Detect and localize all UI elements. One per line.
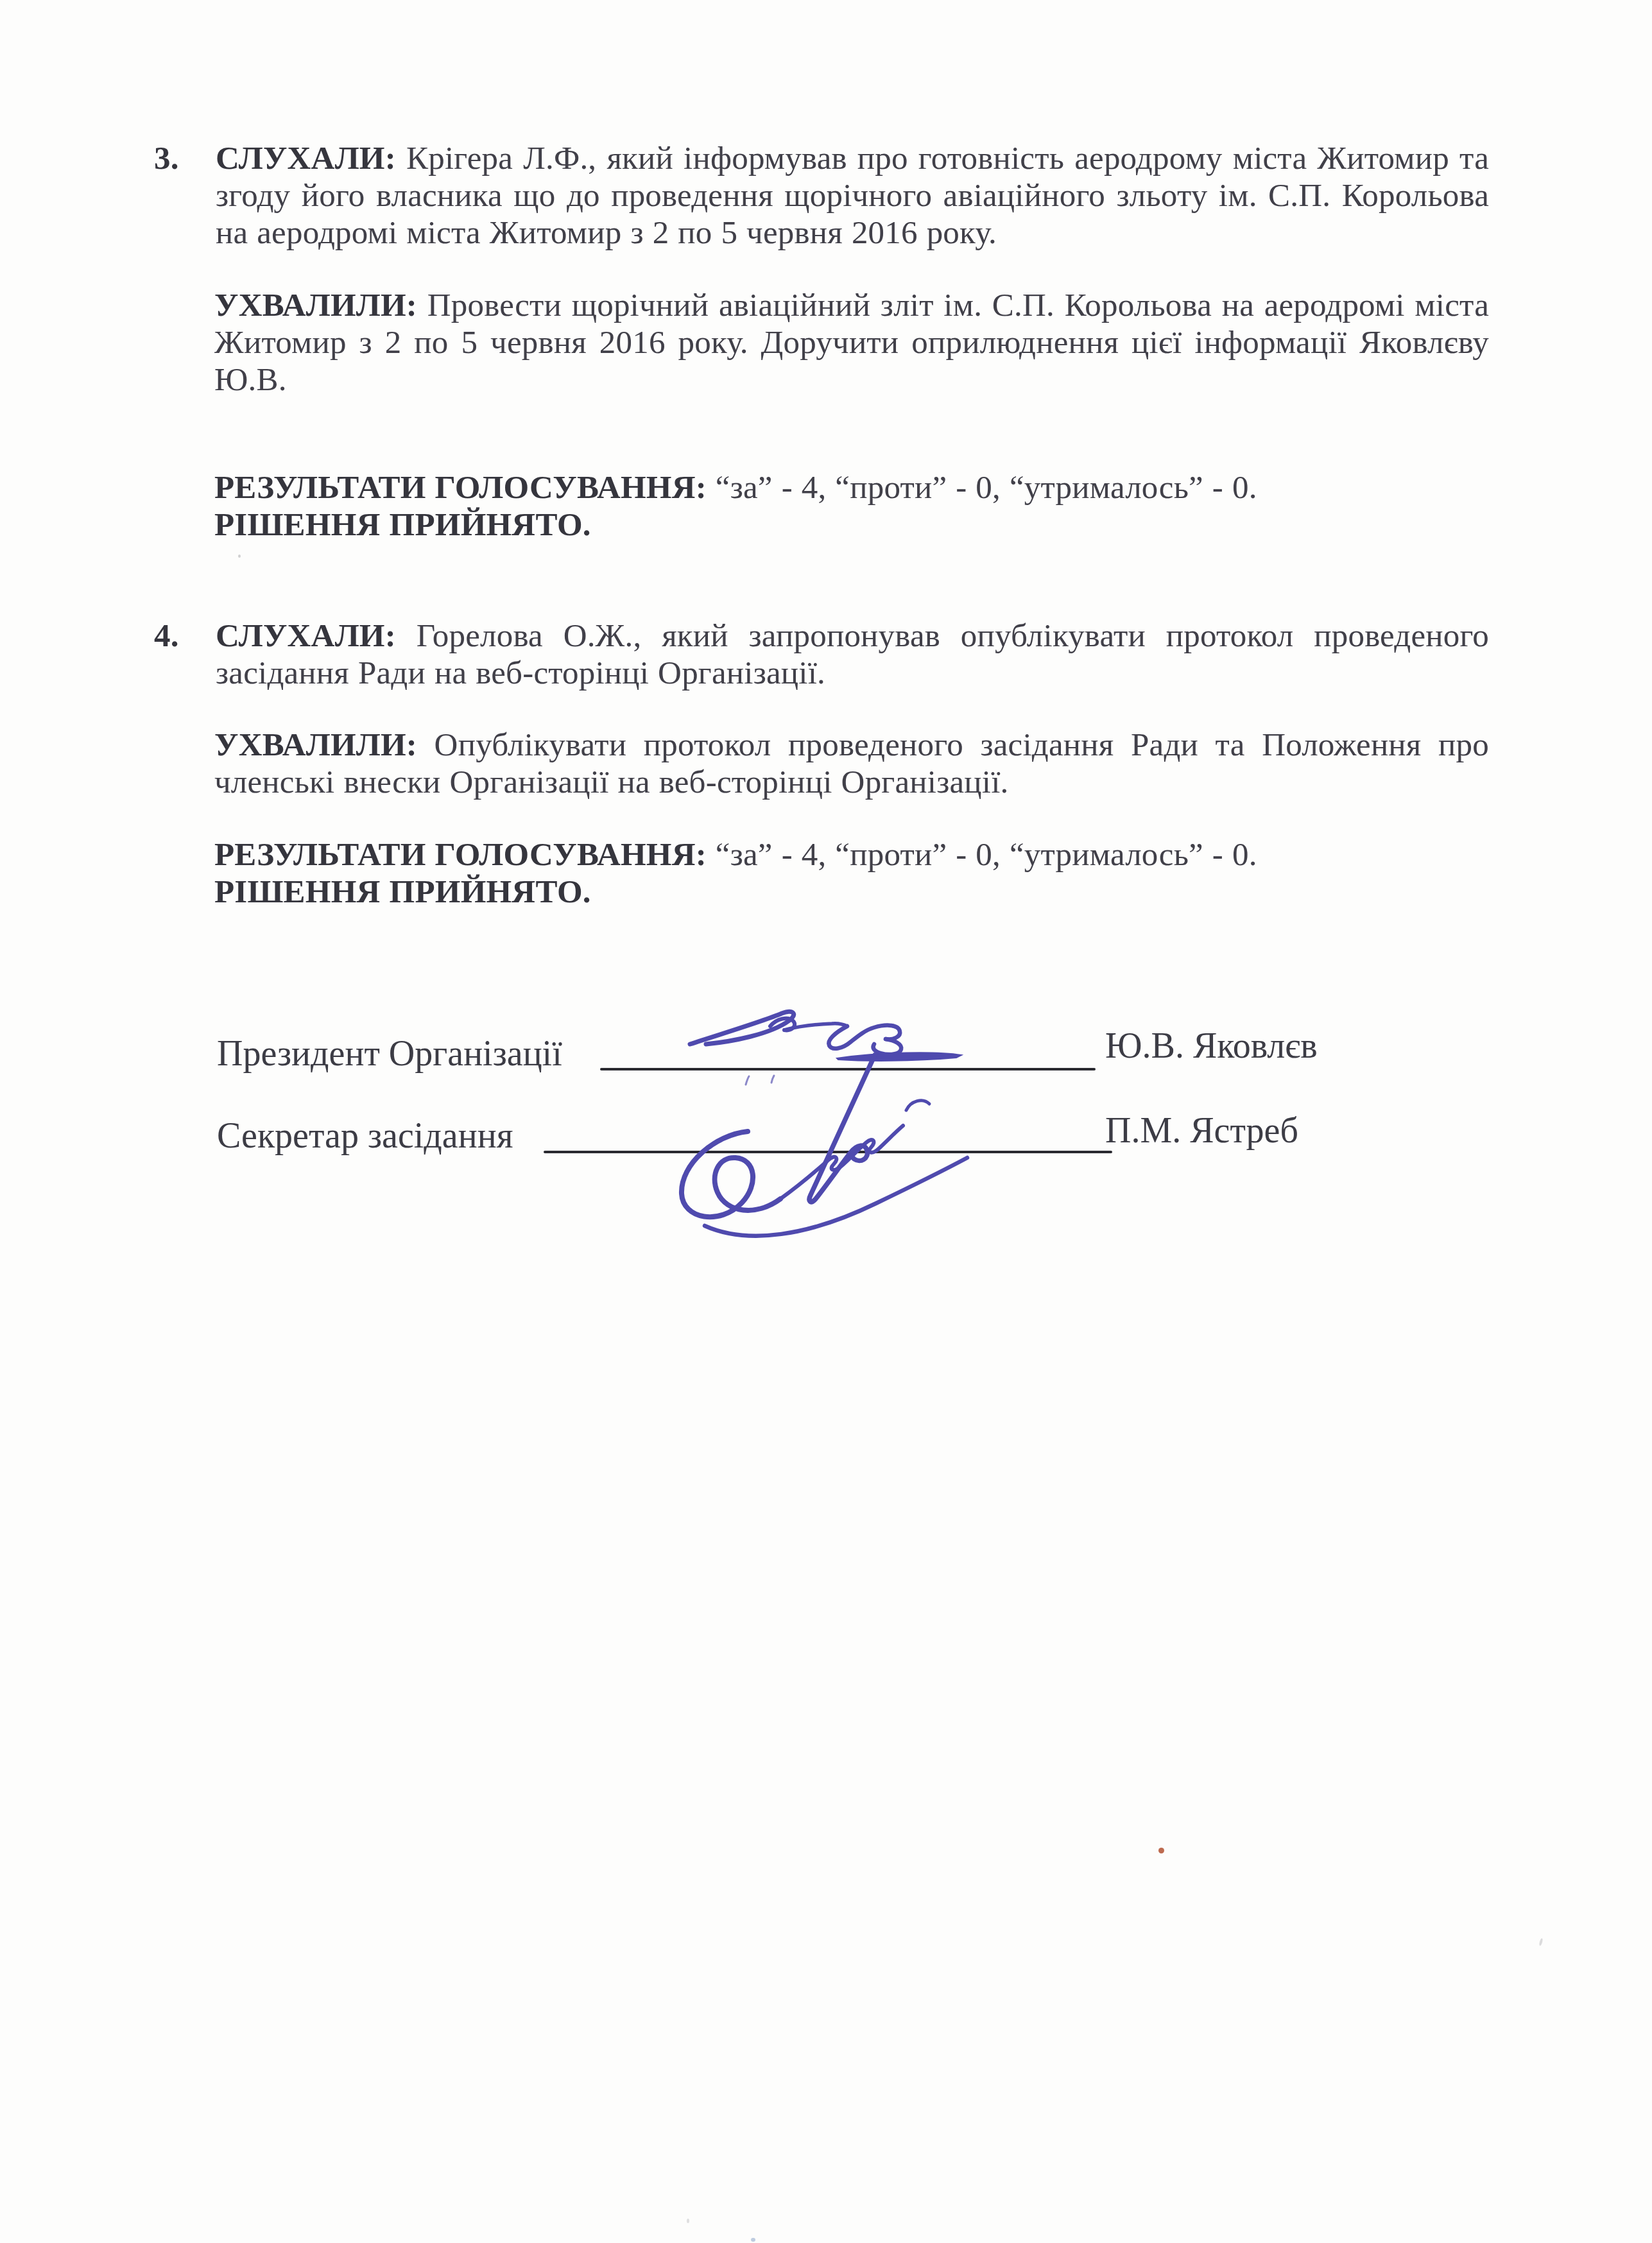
item-number: 4. bbox=[154, 617, 179, 655]
decision-line: РІШЕННЯ ПРИЙНЯТО. bbox=[214, 506, 1562, 544]
heard-text: Крігера Л.Ф., який інформував про готовн… bbox=[216, 141, 1489, 251]
scan-speck-gray bbox=[238, 554, 241, 558]
scan-speck-gray bbox=[1539, 1938, 1544, 1947]
item-number: 3. bbox=[154, 140, 179, 177]
secretary-role-label: Секретар засідання bbox=[217, 1117, 513, 1155]
scan-speck-red bbox=[1158, 1848, 1164, 1853]
agenda-item-3-vote-results: РЕЗУЛЬТАТИ ГОЛОСУВАННЯ: “за” - 4, “проти… bbox=[214, 469, 1562, 544]
vote-results-line: РЕЗУЛЬТАТИ ГОЛОСУВАННЯ: “за” - 4, “проти… bbox=[214, 836, 1562, 873]
heard-paragraph: СЛУХАЛИ: Горелова О.Ж., який запропонува… bbox=[216, 617, 1489, 692]
heard-label: СЛУХАЛИ: bbox=[216, 618, 396, 654]
agenda-item-3: 3. СЛУХАЛИ: Крігера Л.Ф., який інформува… bbox=[154, 140, 1489, 252]
president-name: Ю.В. Яковлєв bbox=[1105, 1027, 1318, 1065]
secretary-name: П.М. Ястреб bbox=[1105, 1112, 1298, 1150]
vote-results-line: РЕЗУЛЬТАТИ ГОЛОСУВАННЯ: “за” - 4, “проти… bbox=[214, 469, 1562, 506]
vote-results-label: РЕЗУЛЬТАТИ ГОЛОСУВАННЯ: bbox=[214, 837, 707, 873]
decision-line: РІШЕННЯ ПРИЙНЯТО. bbox=[214, 873, 1562, 911]
agenda-item-4-resolution: УХВАЛИЛИ: Опублікувати протокол проведен… bbox=[214, 726, 1489, 801]
agenda-item-3-resolution: УХВАЛИЛИ: Провести щорічний авіаційний з… bbox=[214, 287, 1489, 399]
scanned-protocol-page: 3. СЛУХАЛИ: Крігера Л.Ф., який інформува… bbox=[0, 0, 1652, 2243]
vote-results-label: РЕЗУЛЬТАТИ ГОЛОСУВАННЯ: bbox=[214, 470, 707, 506]
vote-results-text: “за” - 4, “проти” - 0, “утрималось” - 0. bbox=[716, 470, 1257, 506]
heard-text: Горелова О.Ж., який запропонував опублік… bbox=[216, 618, 1489, 691]
vote-results-text: “за” - 4, “проти” - 0, “утрималось” - 0. bbox=[716, 837, 1257, 873]
agenda-item-4-vote-results: РЕЗУЛЬТАТИ ГОЛОСУВАННЯ: “за” - 4, “проти… bbox=[214, 836, 1562, 911]
scan-speck-blue bbox=[751, 2238, 755, 2242]
scan-speck-gray bbox=[687, 2219, 689, 2223]
resolved-label: УХВАЛИЛИ: bbox=[214, 727, 417, 763]
resolved-label: УХВАЛИЛИ: bbox=[214, 288, 417, 323]
president-role-label: Президент Організації bbox=[217, 1035, 562, 1073]
heard-label: СЛУХАЛИ: bbox=[216, 141, 396, 176]
agenda-item-4: 4. СЛУХАЛИ: Горелова О.Ж., який запропон… bbox=[154, 617, 1489, 692]
secretary-signature-ink bbox=[655, 1051, 1014, 1250]
heard-paragraph: СЛУХАЛИ: Крігера Л.Ф., який інформував п… bbox=[216, 140, 1489, 252]
